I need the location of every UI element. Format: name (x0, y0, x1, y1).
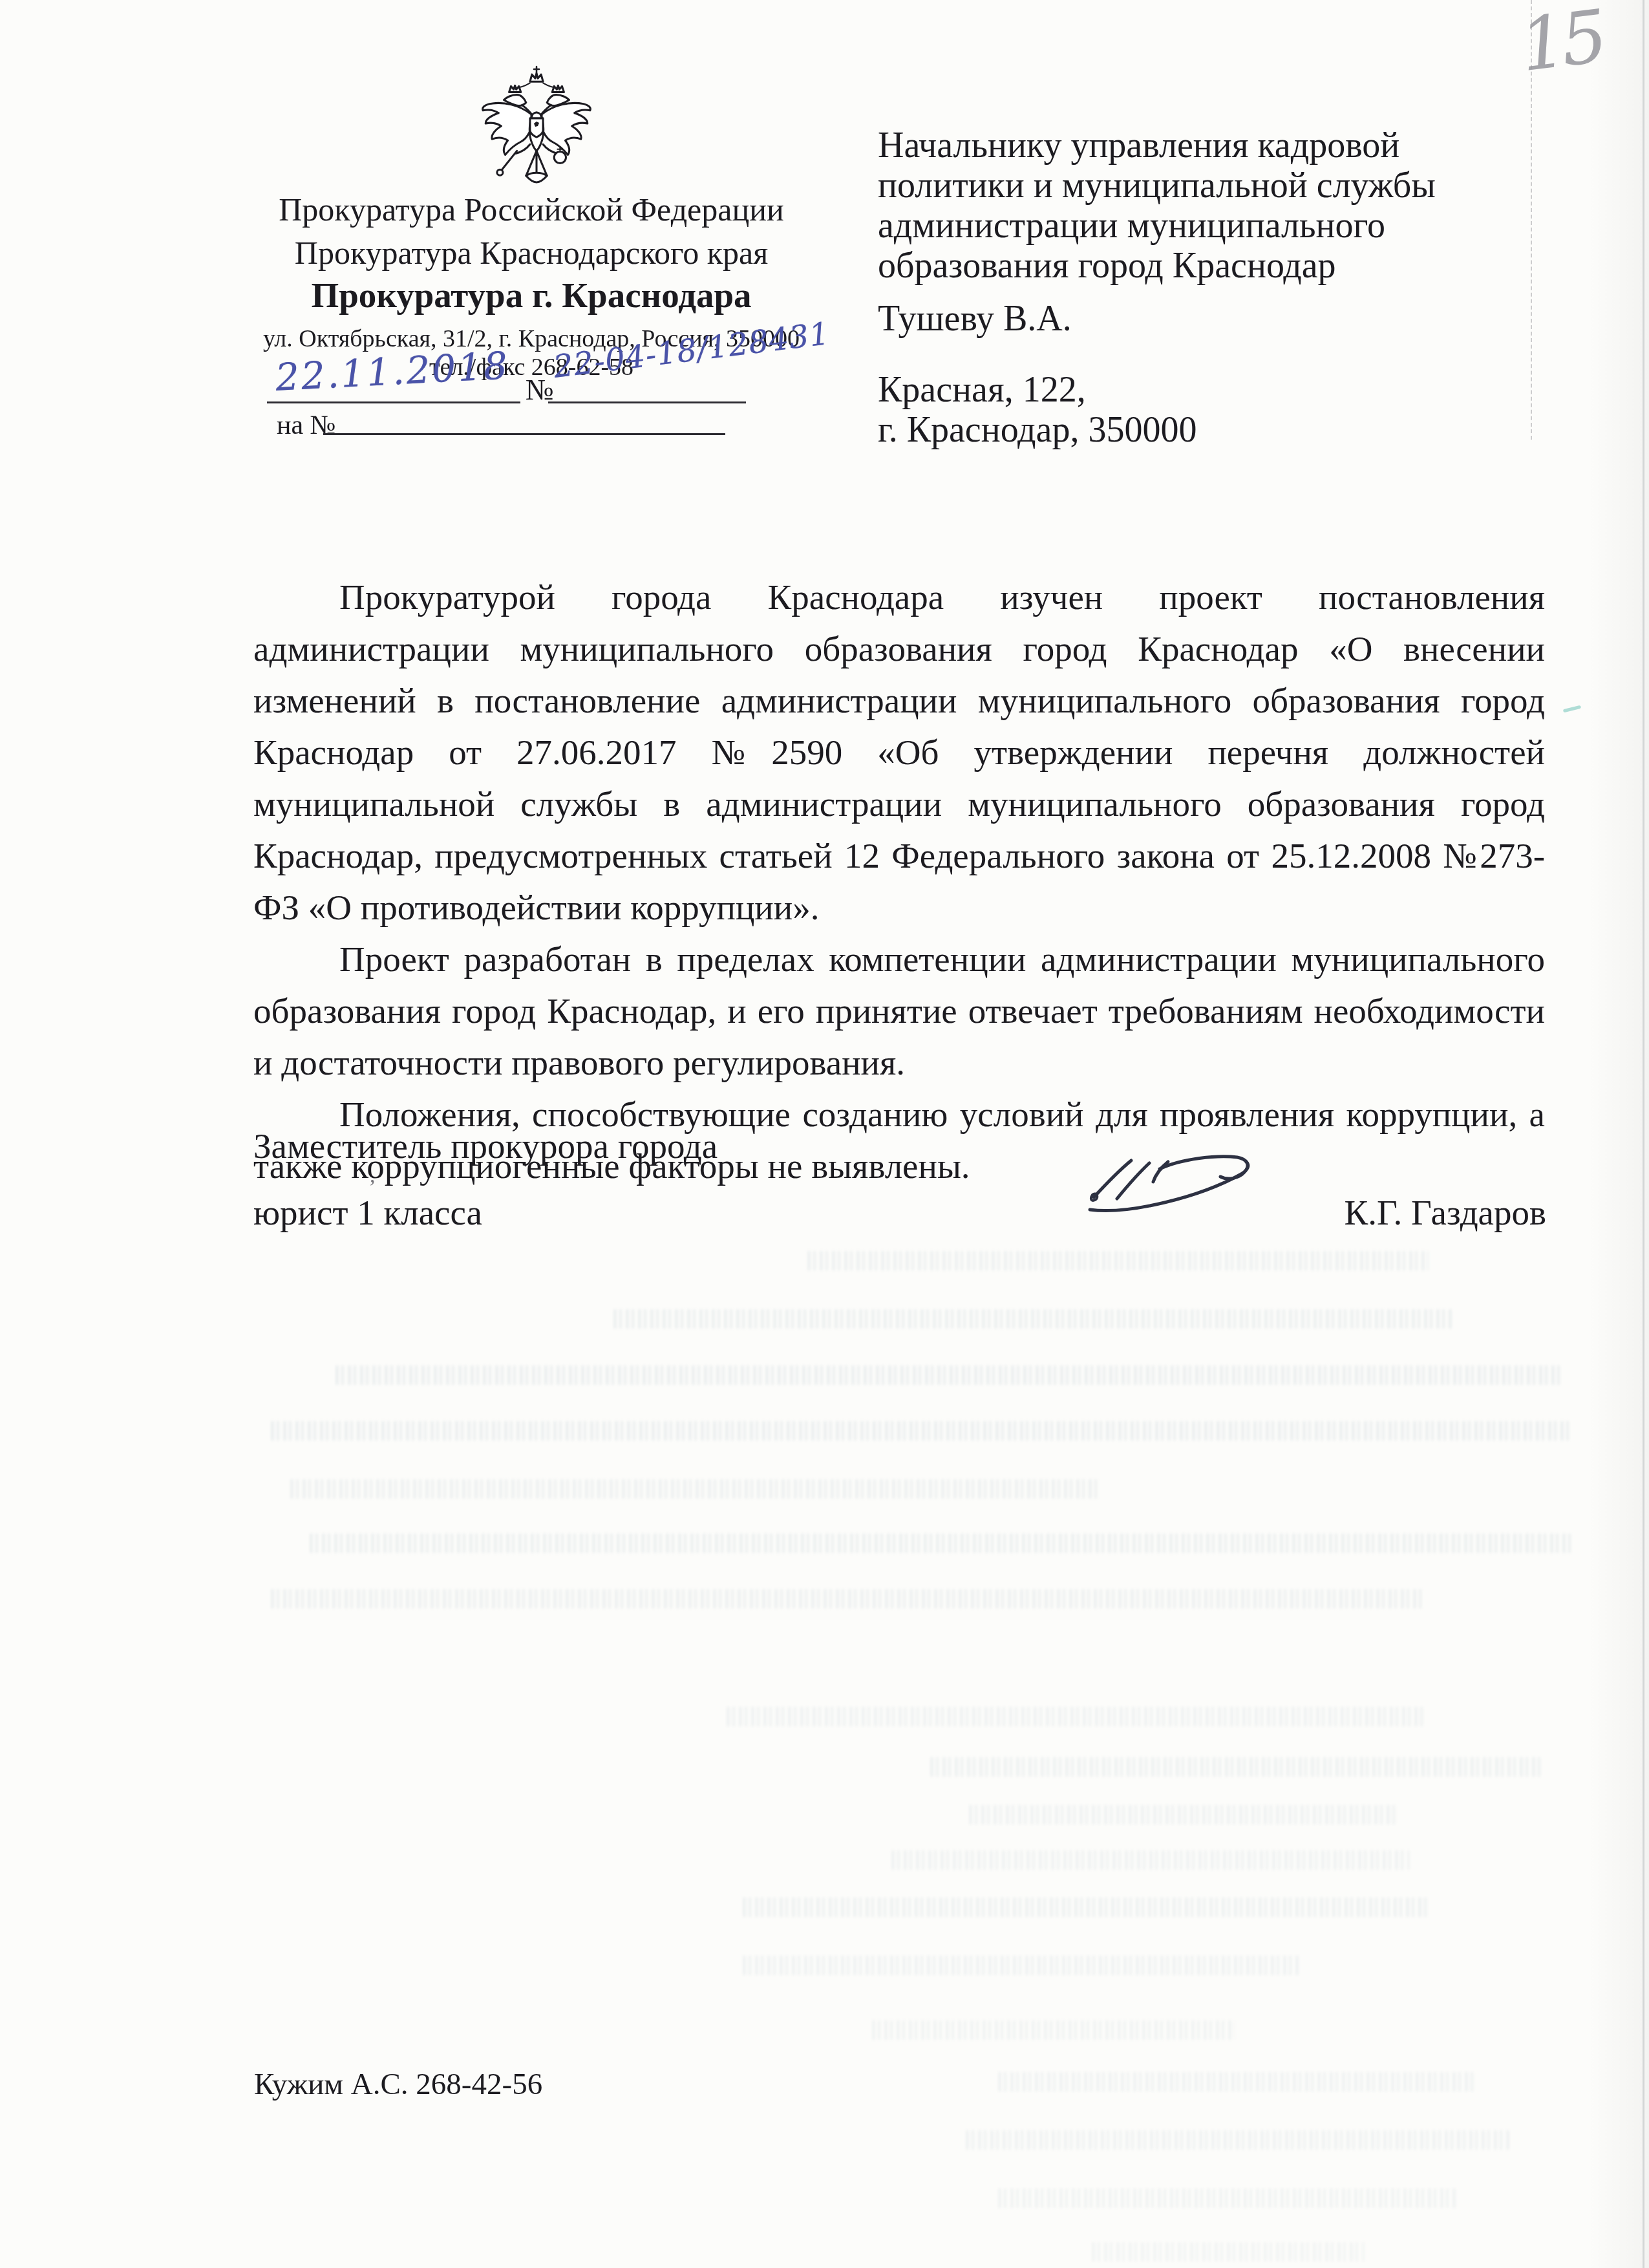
scanned-letter-page: , 15 Прокуратура Российской (0, 0, 1649, 2268)
recipient-title-line4: образования город Краснодар (878, 246, 1473, 286)
bleedthrough-ghost-line (336, 1365, 1564, 1385)
letter-body: Прокуратурой города Краснодара изучен пр… (253, 572, 1545, 1192)
recipient-title-line1: Начальнику управления кадровой (878, 125, 1473, 166)
bleedthrough-ghost-line (873, 2020, 1235, 2040)
bleedthrough-ghost-line (999, 2072, 1477, 2091)
executor-contact: Кужим А.С. 268-42-56 (254, 2066, 542, 2102)
date-underline (267, 401, 520, 403)
bleedthrough-ghost-line (743, 1898, 1429, 1917)
body-paragraph-1: Прокуратурой города Краснодара изучен пр… (253, 572, 1545, 934)
recipient-block: Начальнику управления кадровой политики … (878, 125, 1473, 450)
org-name-region: Прокуратура Краснодарского края (208, 233, 855, 273)
bleedthrough-ghost-line (970, 1805, 1396, 1824)
recipient-name: Тушеву В.А. (878, 299, 1473, 339)
signer-position-line1: Заместитель прокурора города (253, 1126, 718, 1166)
bleedthrough-ghost-line (310, 1534, 1571, 1553)
recipient-title-line3: администрации муниципального (878, 206, 1473, 246)
bleedthrough-ghost-line (892, 1850, 1409, 1870)
bleedthrough-ghost-line (931, 1757, 1545, 1777)
bleedthrough-ghost-line (808, 1251, 1429, 1270)
bleedthrough-ghost-line (999, 2188, 1458, 2208)
signer-name: К.Г. Газдаров (1094, 1193, 1546, 1233)
bleedthrough-ghost-line (727, 1707, 1425, 1726)
body-paragraph-2: Проект разработан в пределах компетенции… (253, 934, 1545, 1089)
bleedthrough-ghost-line (614, 1309, 1454, 1329)
pencil-page-number: 15 (1516, 1, 1606, 83)
org-name-city: Прокуратура г. Краснодара (208, 274, 855, 317)
recipient-address-line1: Красная, 122, (878, 370, 1473, 410)
bleedthrough-ghost-line (271, 1589, 1422, 1609)
scanner-streak-mark (1563, 705, 1581, 713)
number-underline (548, 401, 746, 403)
org-name-federation: Прокуратура Российской Федерации (208, 189, 855, 230)
bleedthrough-ghost-line (966, 2130, 1509, 2150)
recipient-title-line2: политики и муниципальной службы (878, 166, 1473, 206)
bleedthrough-ghost-line (271, 1421, 1571, 1440)
bleedthrough-ghost-line (1092, 2242, 1364, 2262)
paper-edge-line (1643, 0, 1644, 2268)
bleedthrough-ghost-line (291, 1479, 1099, 1499)
reply-number-underline (323, 433, 725, 435)
double-headed-eagle-emblem (477, 65, 596, 189)
recipient-address-line2: г. Краснодар, 350000 (878, 410, 1473, 450)
scan-edge-shadow (1588, 0, 1649, 2268)
bleedthrough-ghost-line (743, 1956, 1299, 1975)
reply-to-number-label: на № (277, 410, 336, 441)
signer-position-line2: юрист 1 класса (253, 1193, 482, 1233)
